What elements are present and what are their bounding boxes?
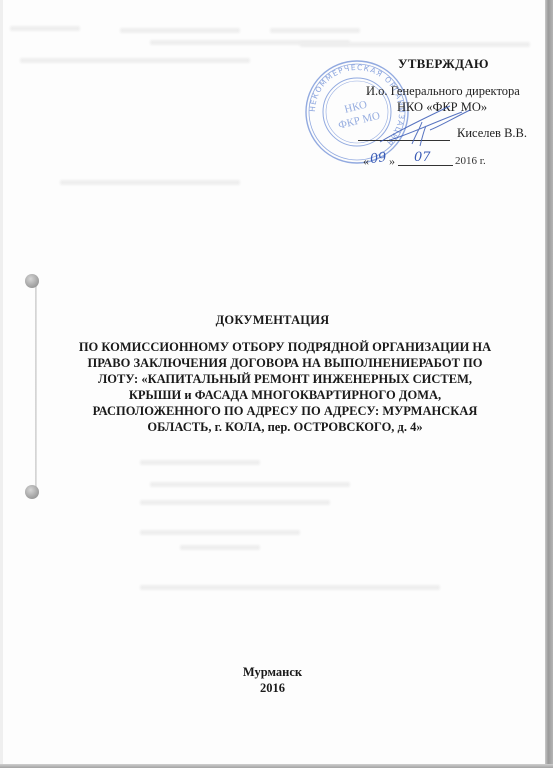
date-year: 2016 г. [455,155,486,167]
date-open-quote: « [363,154,369,169]
date-month-line [398,165,453,166]
document-title: ДОКУМЕНТАЦИЯ [0,313,545,328]
binding-hole-top [25,274,39,288]
date-month: 07 [414,150,431,165]
date-close-quote: » [389,154,395,169]
subtitle-line: КРЫШИ и ФАСАДА МНОГОКВАРТИРНОГО ДОМА, [60,387,510,403]
subtitle-line: РАСПОЛОЖЕННОГО ПО АДРЕСУ ПО АДРЕСУ: МУРМ… [60,403,510,419]
document-year: 2016 [0,681,545,696]
signatory-name: Киселев В.В. [457,126,527,141]
scanner-right-border [545,0,553,768]
city-name: Мурманск [0,665,545,680]
scanner-bottom-border [0,764,553,768]
date-day: 09 [369,150,387,167]
binding-hole-bottom [25,485,39,499]
approver-position: И.о. Генерального директора [366,84,520,99]
subtitle-line: ОБЛАСТЬ, г. КОЛА, пер. ОСТРОВСКОГО, д. 4… [60,419,510,435]
document-subtitle: ПО КОМИССИОННОМУ ОТБОРУ ПОДРЯДНОЙ ОРГАНИ… [60,339,510,435]
subtitle-line: ЛОТУ: «КАПИТАЛЬНЫЙ РЕМОНТ ИНЖЕНЕРНЫХ СИС… [60,371,510,387]
subtitle-line: ПРАВО ЗАКЛЮЧЕНИЯ ДОГОВОРА НА ВЫПОЛНЕНИЕР… [60,355,510,371]
handwritten-signature [370,100,480,150]
approval-heading: УТВЕРЖДАЮ [398,56,489,72]
page-left-edge [0,0,3,768]
subtitle-line: ПО КОМИССИОННОМУ ОТБОРУ ПОДРЯДНОЙ ОРГАНИ… [60,339,510,355]
